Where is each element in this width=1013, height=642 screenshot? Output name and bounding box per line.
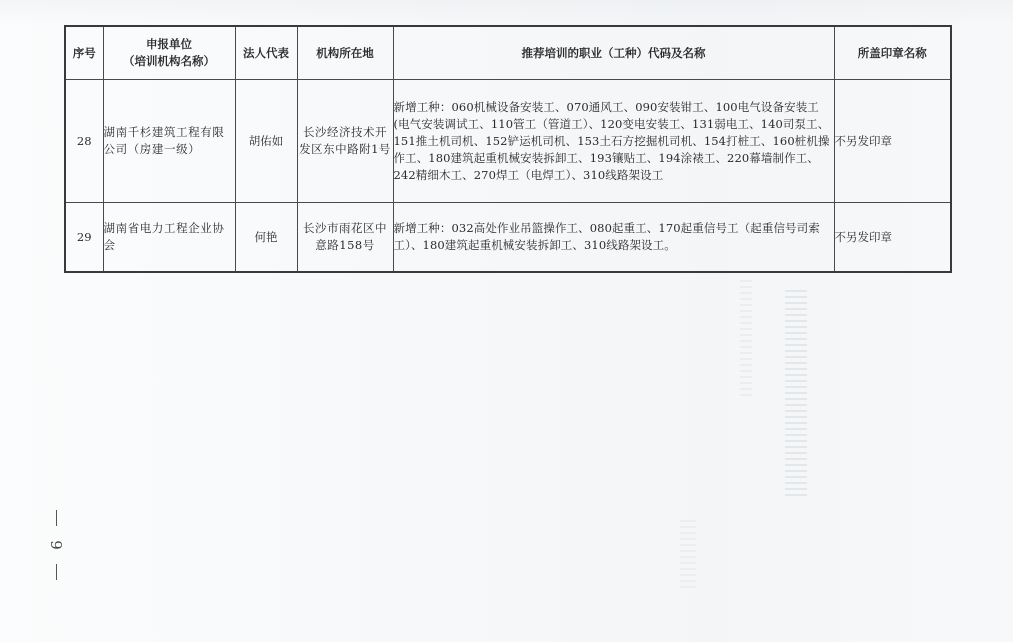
table-header-row: 序号 申报单位 （培训机构名称） 法人代表 机构所在地 推荐培训的职业（工种）代…: [65, 26, 951, 80]
header-no: 序号: [65, 26, 103, 80]
cell-legal-rep: 何艳: [235, 203, 297, 273]
header-legal-rep: 法人代表: [235, 26, 297, 80]
header-occupations: 推荐培训的职业（工种）代码及名称: [393, 26, 834, 80]
training-institution-table: 序号 申报单位 （培训机构名称） 法人代表 机构所在地 推荐培训的职业（工种）代…: [64, 25, 952, 273]
cell-occupations: 新增工种：032高处作业吊篮操作工、080起重工、170起重信号工（起重信号司索…: [393, 203, 834, 273]
bleed-through-mark: [740, 280, 752, 400]
cell-seal: 不另发印章: [834, 203, 951, 273]
cell-unit: 湖南省电力工程企业协会: [103, 203, 235, 273]
page-number-dash-top: [56, 510, 57, 526]
bleed-through-mark: [680, 520, 696, 590]
header-unit-line2: （培训机构名称）: [104, 53, 235, 70]
header-address: 机构所在地: [297, 26, 393, 80]
table-row: 28 湖南千杉建筑工程有限公司（房建一级） 胡佑如 长沙经济技术开发区东中路附1…: [65, 80, 951, 203]
cell-address: 长沙经济技术开发区东中路附1号: [297, 80, 393, 203]
page-number: 9: [44, 510, 68, 580]
cell-address: 长沙市雨花区中意路158号: [297, 203, 393, 273]
cell-seal: 不另发印章: [834, 80, 951, 203]
page-number-dash-bottom: [56, 564, 57, 580]
cell-occupations: 新增工种：060机械设备安装工、070通风工、090安装钳工、100电气设备安装…: [393, 80, 834, 203]
cell-no: 28: [65, 80, 103, 203]
header-seal: 所盖印章名称: [834, 26, 951, 80]
cell-unit: 湖南千杉建筑工程有限公司（房建一级）: [103, 80, 235, 203]
cell-legal-rep: 胡佑如: [235, 80, 297, 203]
table-row: 29 湖南省电力工程企业协会 何艳 长沙市雨花区中意路158号 新增工种：032…: [65, 203, 951, 273]
header-unit: 申报单位 （培训机构名称）: [103, 26, 235, 80]
bleed-through-mark: [785, 290, 807, 500]
header-unit-line1: 申报单位: [104, 36, 235, 53]
cell-no: 29: [65, 203, 103, 273]
page-number-value: 9: [47, 540, 65, 550]
